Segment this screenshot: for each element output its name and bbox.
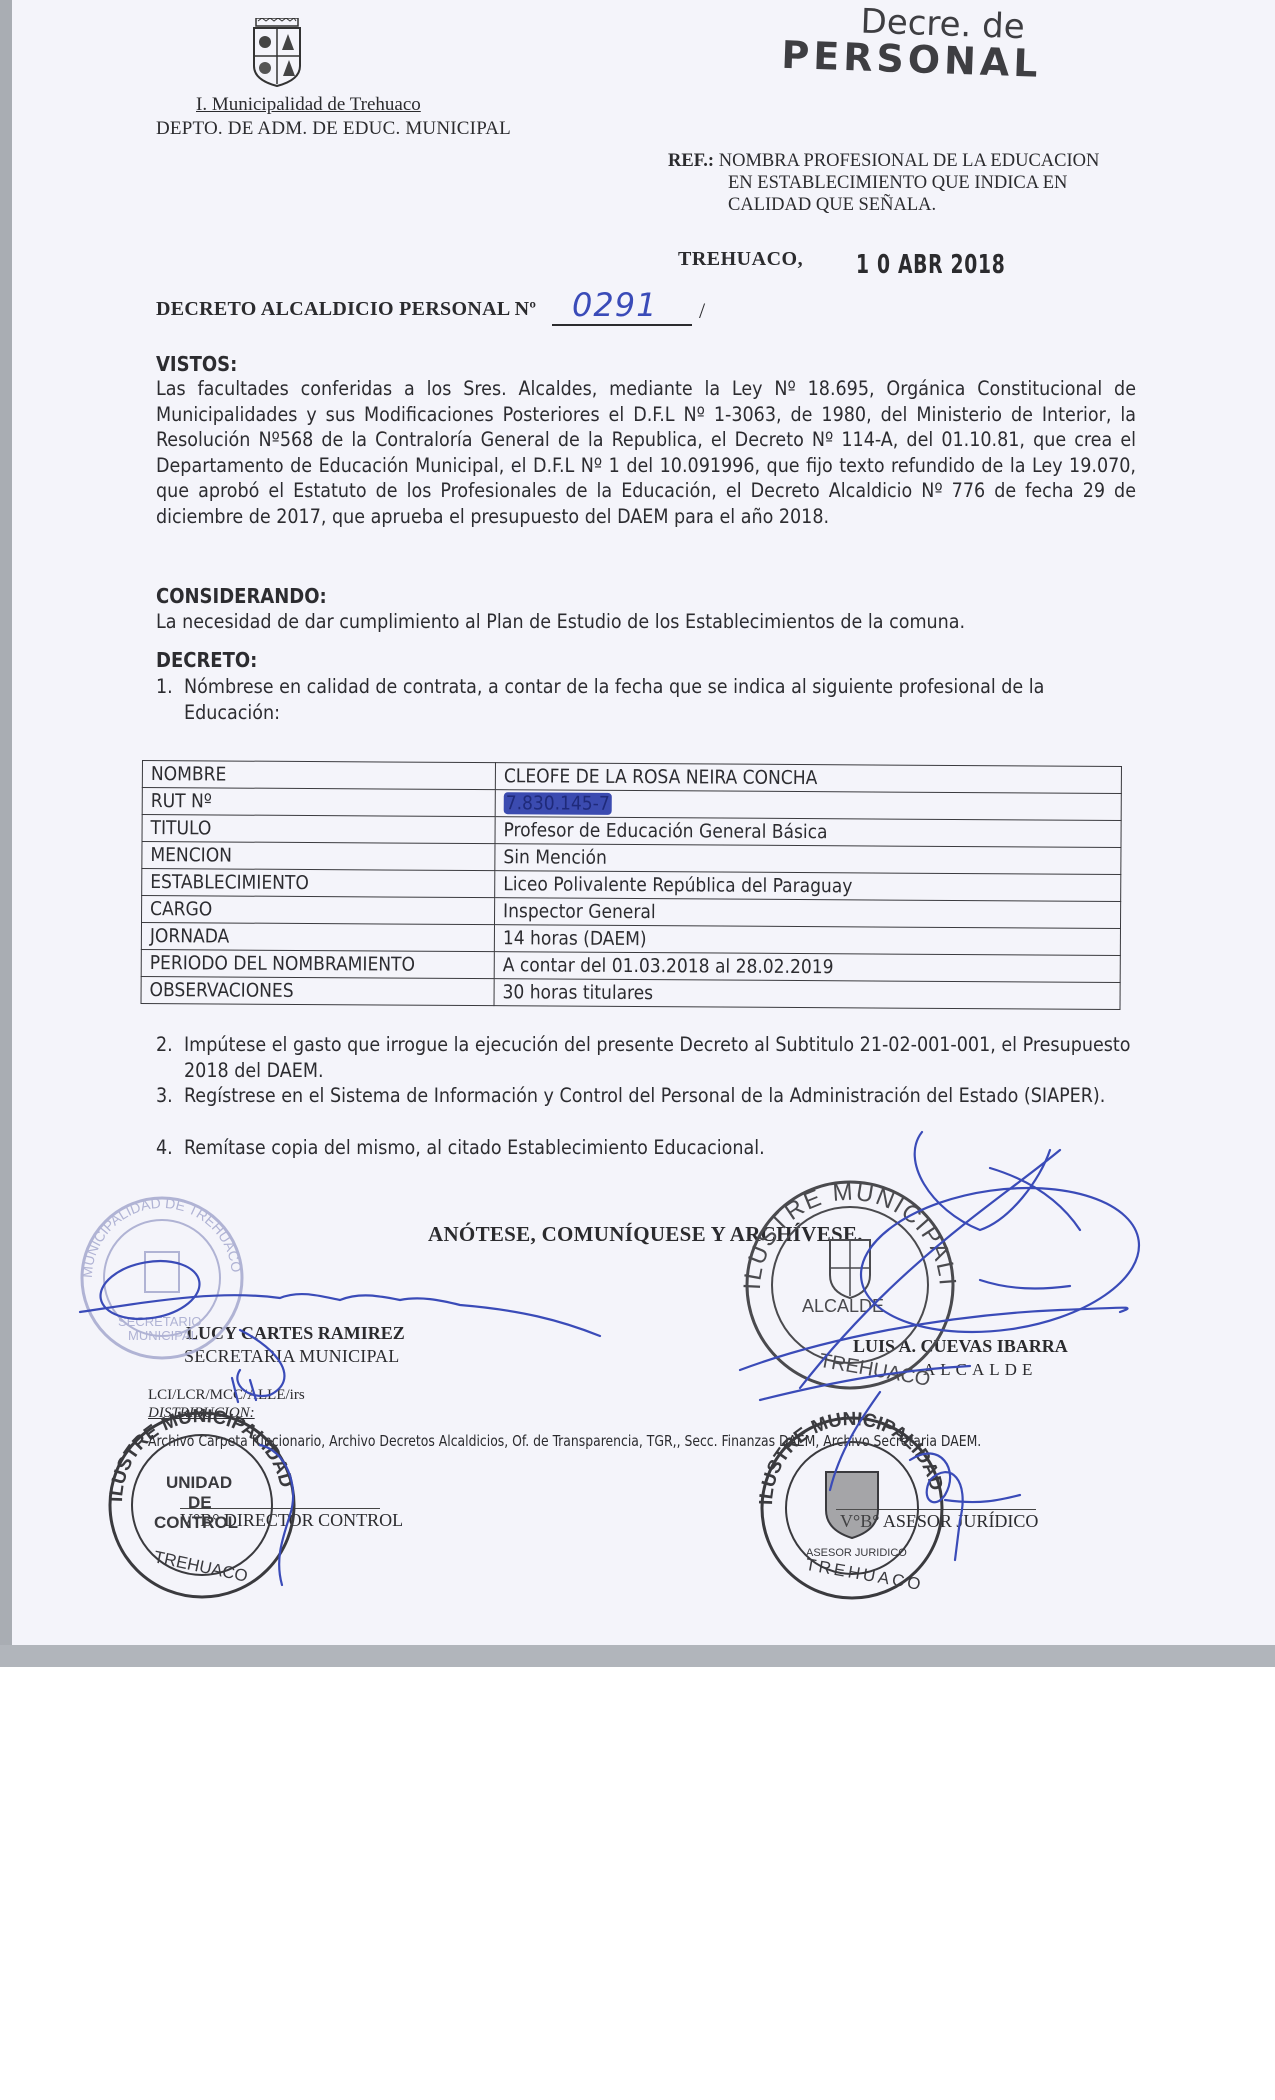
ref-line-2: EN ESTABLECIMIENTO QUE INDICA EN bbox=[668, 172, 1099, 194]
decree-item-2: 2. Impútese el gasto que irrogue la ejec… bbox=[156, 1032, 1141, 1083]
row-value: Liceo Polivalente República del Paraguay bbox=[495, 871, 1121, 902]
considerando-text: La necesidad de dar cumplimiento al Plan… bbox=[156, 609, 1136, 635]
decree-item-3: 3. Regístrese en el Sistema de Informaci… bbox=[156, 1083, 1141, 1109]
item-text: Impútese el gasto que irrogue la ejecuci… bbox=[184, 1032, 1141, 1083]
scan-border-left bbox=[0, 0, 12, 1665]
row-value: 30 horas titulares bbox=[494, 979, 1120, 1010]
decree-item-4: 4. Remítase copia del mismo, al citado E… bbox=[156, 1135, 1141, 1161]
row-label: NOMBRE bbox=[142, 761, 495, 790]
reference-block: REF.: NOMBRA PROFESIONAL DE LA EDUCACION… bbox=[668, 150, 1099, 216]
ref-line-1: NOMBRA PROFESIONAL DE LA EDUCACION bbox=[719, 151, 1100, 171]
row-value: Sin Mención bbox=[495, 844, 1121, 875]
row-value: 14 horas (DAEM) bbox=[494, 925, 1120, 956]
item-number: 1. bbox=[156, 674, 173, 700]
legal-signature-line bbox=[836, 1509, 1036, 1510]
control-signature-line bbox=[180, 1508, 380, 1509]
scan-border-bottom bbox=[0, 1645, 1275, 1667]
secretary-name: LUCY CARTES RAMIREZ bbox=[186, 1323, 405, 1344]
row-label: RUT Nº bbox=[142, 788, 495, 817]
row-label: CARGO bbox=[142, 896, 495, 925]
rut-value-highlighted: 7.830.145-7 bbox=[504, 792, 612, 815]
date-stamp: 1 0 ABR 2018 bbox=[856, 250, 1006, 280]
decreto-heading: DECRETO: bbox=[156, 648, 257, 674]
secretary-title: SECRETARIA MUNICIPAL bbox=[184, 1346, 399, 1367]
item-text: Nómbrese en calidad de contrata, a conta… bbox=[184, 674, 1141, 725]
ref-label: REF.: bbox=[668, 151, 714, 171]
item-text: Regístrese en el Sistema de Información … bbox=[184, 1083, 1141, 1109]
item-number: 4. bbox=[156, 1135, 173, 1161]
mayor-name: LUIS A. CUEVAS IBARRA bbox=[853, 1336, 1068, 1357]
vistos-text: Las facultades conferidas a los Sres. Al… bbox=[156, 376, 1136, 529]
department-name: DEPTO. DE ADM. DE EDUC. MUNICIPAL bbox=[156, 118, 511, 140]
distribution-heading: DISTRIBUCION: bbox=[148, 1405, 255, 1422]
personal-decree-stamp: Decre. de PERSONAL bbox=[781, 0, 1084, 87]
row-label: ESTABLECIMIENTO bbox=[142, 869, 495, 898]
municipal-crest-icon bbox=[248, 18, 306, 88]
municipality-name: I. Municipalidad de Trehuaco bbox=[196, 94, 421, 116]
appointment-table: NOMBRE CLEOFE DE LA ROSA NEIRA CONCHA RU… bbox=[141, 760, 1122, 1010]
decree-number-suffix: / bbox=[699, 298, 705, 324]
item-number: 2. bbox=[156, 1032, 173, 1058]
reference-initials: LCI/LCR/MCC/ALLE/irs bbox=[148, 1387, 305, 1404]
row-value: CLEOFE DE LA ROSA NEIRA CONCHA bbox=[495, 763, 1121, 794]
vistos-heading: VISTOS: bbox=[156, 352, 237, 378]
item-number: 3. bbox=[156, 1083, 173, 1109]
row-value: Inspector General bbox=[495, 898, 1121, 929]
distribution-list: Archivo Carpeta funcionario, Archivo Dec… bbox=[148, 1432, 981, 1450]
decree-number-label: DECRETO ALCALDICIO PERSONAL Nº bbox=[156, 298, 536, 321]
table-row: OBSERVACIONES 30 horas titulares bbox=[141, 976, 1120, 1009]
closing-formula: ANÓTESE, COMUNÍQUESE Y ARCHÍVESE. bbox=[428, 1222, 863, 1247]
item-text: Remítase copia del mismo, al citado Esta… bbox=[184, 1135, 1141, 1161]
legal-approval-label: V°B° ASESOR JURÍDICO bbox=[840, 1511, 1038, 1532]
row-value: Profesor de Educación General Básica bbox=[495, 817, 1121, 848]
row-label: OBSERVACIONES bbox=[141, 976, 494, 1005]
control-approval-label: V°B° DIRECTOR CONTROL bbox=[180, 1510, 403, 1531]
mayor-title: ALCALDE bbox=[923, 1360, 1037, 1380]
row-label: JORNADA bbox=[141, 923, 494, 952]
city-label: TREHUACO, bbox=[678, 248, 803, 271]
row-value: A contar del 01.03.2018 al 28.02.2019 bbox=[494, 952, 1120, 983]
considerando-heading: CONSIDERANDO: bbox=[156, 584, 327, 610]
decree-number-handwritten: 0291 bbox=[572, 286, 657, 324]
ref-line-3: CALIDAD QUE SEÑALA. bbox=[668, 194, 1099, 216]
row-label: TITULO bbox=[142, 815, 495, 844]
row-label: MENCION bbox=[142, 842, 495, 871]
row-value: 7.830.145-7 bbox=[495, 790, 1121, 821]
row-label: PERIODO DEL NOMBRAMIENTO bbox=[141, 949, 494, 978]
decree-item-1: 1. Nómbrese en calidad de contrata, a co… bbox=[156, 674, 1141, 725]
